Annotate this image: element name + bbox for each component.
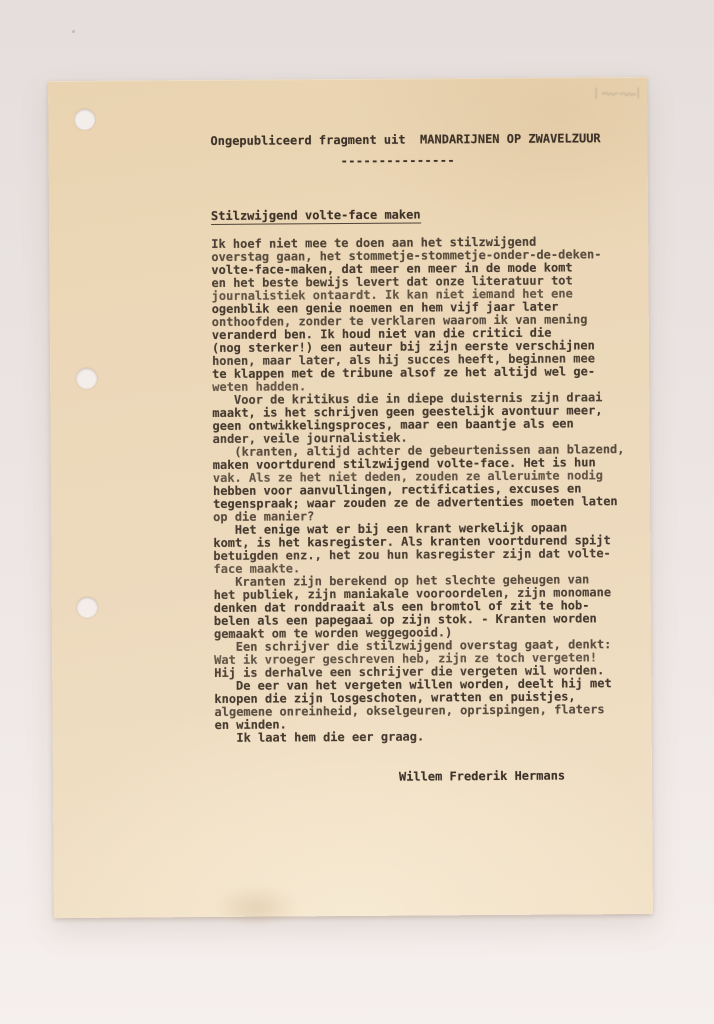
- pencil-scribble-icon: [594, 85, 640, 103]
- punch-hole-top: [74, 109, 95, 130]
- author-signature: Willem Frederik Hermans: [399, 769, 655, 784]
- photo-background: Ongepubliceerd fragment uit MANDARIJNEN …: [0, 0, 714, 1024]
- document-title: Ongepubliceerd fragment uit MANDARIJNEN …: [210, 132, 650, 148]
- typewritten-text-column: Ongepubliceerd fragment uit MANDARIJNEN …: [210, 132, 655, 785]
- pencil-mark-showthrough: [594, 85, 640, 107]
- punch-hole-middle: [76, 368, 97, 389]
- section-heading: Stilzwijgend volte-face maken: [211, 208, 421, 225]
- typewritten-line: Ik laat hem die eer graag.: [215, 729, 655, 745]
- dust-speck: [72, 30, 75, 33]
- document-body: Ik hoef niet mee te doen aan het stilzwi…: [211, 235, 655, 745]
- paper-stain: [212, 883, 300, 924]
- section-heading-row: Stilzwijgend volte-face maken: [211, 207, 651, 223]
- title-underline-dashes: ---------------: [341, 153, 651, 168]
- document-page: Ongepubliceerd fragment uit MANDARIJNEN …: [48, 77, 653, 918]
- punch-hole-bottom: [77, 597, 98, 618]
